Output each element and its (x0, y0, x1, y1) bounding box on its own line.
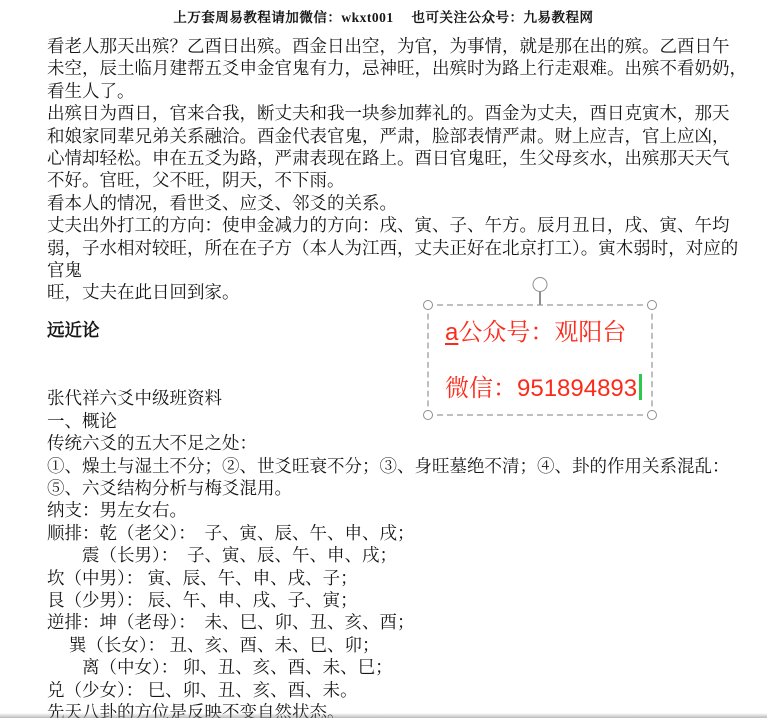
paragraph-self-situation: 看本人的情况，看世爻、应爻、邻爻的关系。 (47, 192, 753, 214)
rotate-handle-icon[interactable] (533, 277, 548, 292)
paragraph-funeral-day: 看老人那天出殡？乙酉日出殡。酉金日出空，为官，为事情，就是那在出的殡。乙酉日午 … (47, 35, 753, 102)
rotate-handle-stem (539, 291, 541, 305)
paragraph-husband-direction: 丈夫出外打工的方向：使申金减力的方向：戌、寅、子、午方。辰月丑日，戌、寅、午均 … (47, 214, 753, 304)
paragraph-funeral-detail: 出殡日为酉日，官来合我，断丈夫和我一块参加葬礼的。酉金为丈夫，酉日克寅木，那天 … (47, 102, 753, 192)
resize-handle-bottom-right[interactable] (647, 410, 657, 420)
textbox-underlined-prefix: a (445, 319, 458, 346)
resize-handle-top-left[interactable] (423, 300, 433, 310)
floating-textbox[interactable]: a公众号：观阳台 微信：951894893 (427, 304, 653, 416)
textbox-line-public-account: a公众号：观阳台 (445, 318, 642, 348)
text-cursor (639, 374, 642, 400)
textbox-text-area[interactable]: a公众号：观阳台 微信：951894893 (445, 318, 642, 404)
window-bottom-edge (0, 713, 767, 718)
page-header-note: 上万套周易教程请加微信：wkxt001 也可关注公众号：九易教程网 (0, 6, 767, 26)
document-page: 上万套周易教程请加微信：wkxt001 也可关注公众号：九易教程网 看老人那天出… (0, 0, 767, 718)
textbox-line-wechat: 微信：951894893 (445, 374, 642, 404)
textbox-wechat-text: 微信：951894893 (445, 375, 637, 402)
resize-handle-top-right[interactable] (647, 300, 657, 310)
resize-handle-bottom-left[interactable] (423, 410, 433, 420)
textbox-public-account-text: 公众号：观阳台 (458, 319, 626, 346)
paragraph-course-outline: 张代祥六爻中级班资料 一、概论 传统六爻的五大不足之处： ①、燥土与湿土不分；②… (47, 387, 753, 718)
